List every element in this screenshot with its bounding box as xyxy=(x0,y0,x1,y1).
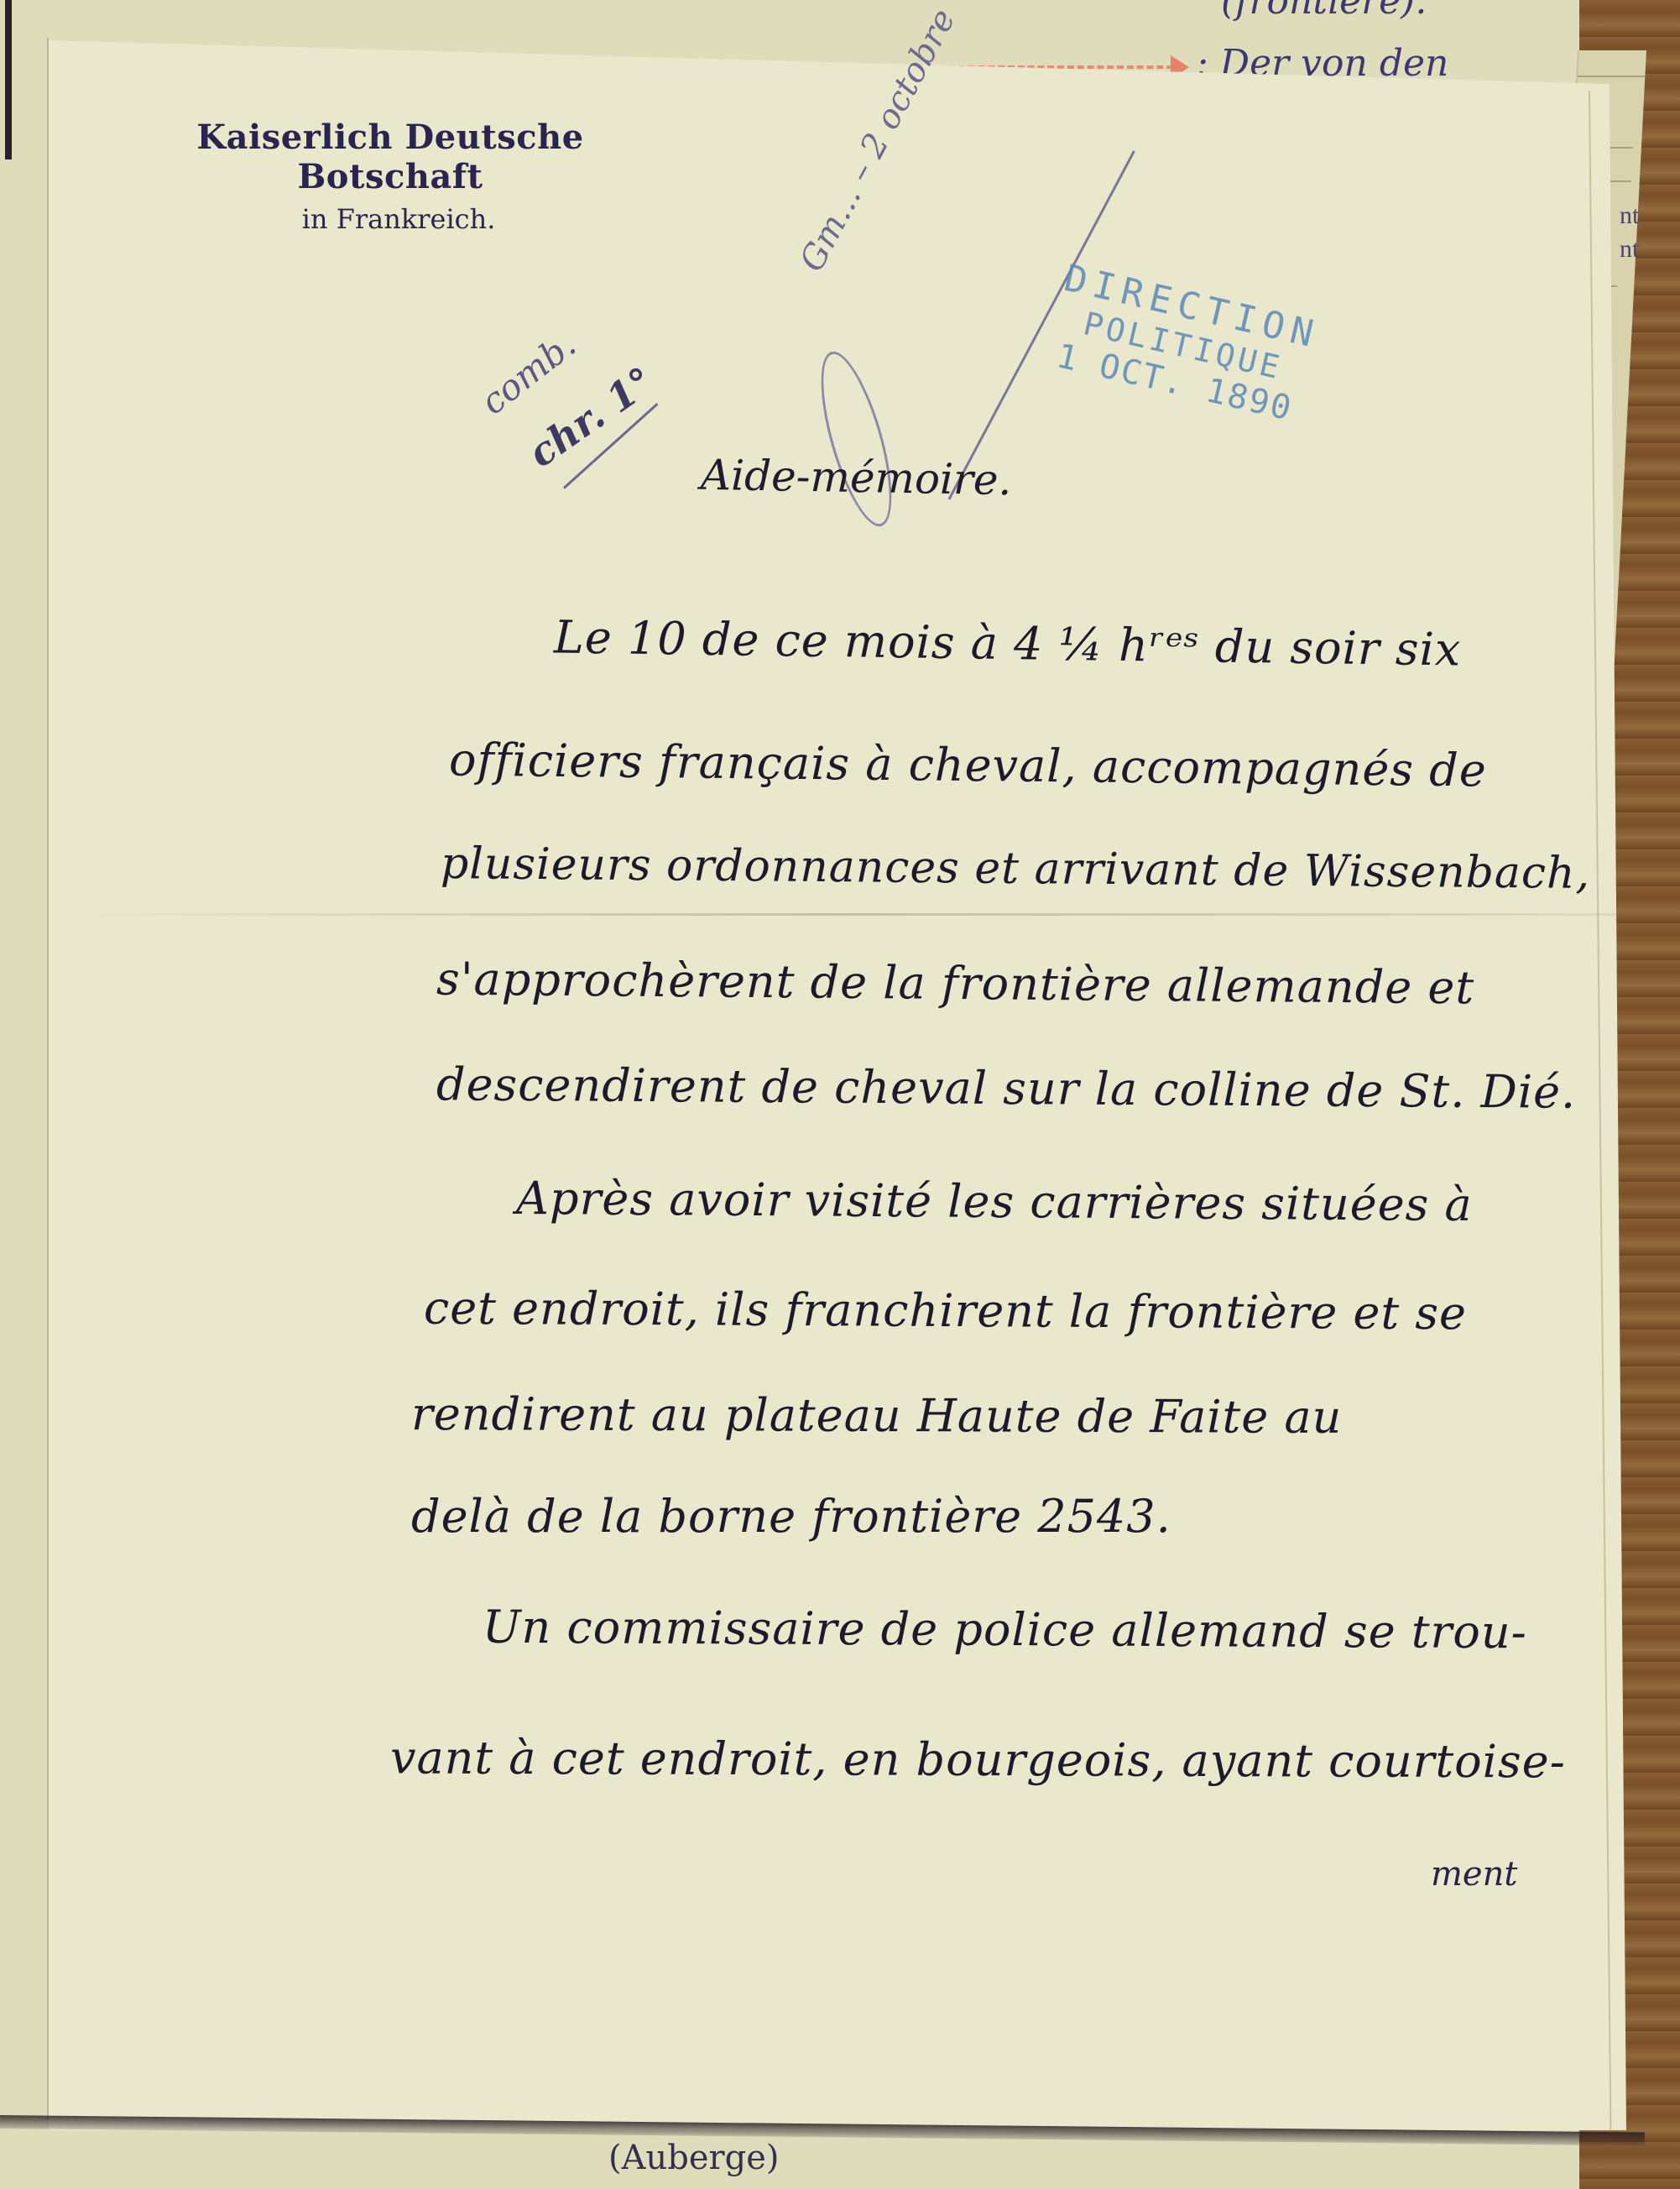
letterhead: Kaiserlich Deutsche Botschaft in Frankre… xyxy=(138,118,642,235)
edge-text: nt xyxy=(1620,235,1639,264)
ruled-line xyxy=(1578,76,1645,77)
body-line: s'approchèrent de la frontière allemande… xyxy=(436,953,1475,1015)
body-line: Après avoir visité les carrières situées… xyxy=(516,1172,1473,1231)
body-line: plusieurs ordonnances et arrivant de Wis… xyxy=(441,839,1591,899)
background-text-frontiere: (frontière). xyxy=(1221,0,1427,23)
body-line: cet endroit, ils franchirent la frontièr… xyxy=(424,1282,1467,1340)
body-line: vant à cet endroit, en bourgeois, ayant … xyxy=(390,1732,1566,1789)
body-line: rendirent au plateau Haute de Faite au xyxy=(411,1387,1343,1444)
body-line: Un commissaire de police allemand se tro… xyxy=(483,1601,1527,1659)
background-text-auberge: (Auberge) xyxy=(608,2139,780,2177)
document-title: Aide-mémoire. xyxy=(701,451,1012,504)
edge-text: nt xyxy=(1620,201,1639,230)
sheet-edge-line xyxy=(1589,91,1611,2130)
body-line: descendirent de cheval sur la colline de… xyxy=(436,1058,1577,1118)
left-binding-edge xyxy=(5,0,12,159)
letterhead-line-1: Kaiserlich Deutsche Botschaft xyxy=(138,118,642,196)
sheet-left-edge xyxy=(47,38,49,2119)
catchword: ment xyxy=(1431,1855,1517,1894)
body-line: officiers français à cheval, accompagnés… xyxy=(449,734,1487,797)
body-line: delà de la borne frontière 2543. xyxy=(411,1490,1171,1543)
letterhead-line-2: in Frankreich. xyxy=(138,203,642,235)
